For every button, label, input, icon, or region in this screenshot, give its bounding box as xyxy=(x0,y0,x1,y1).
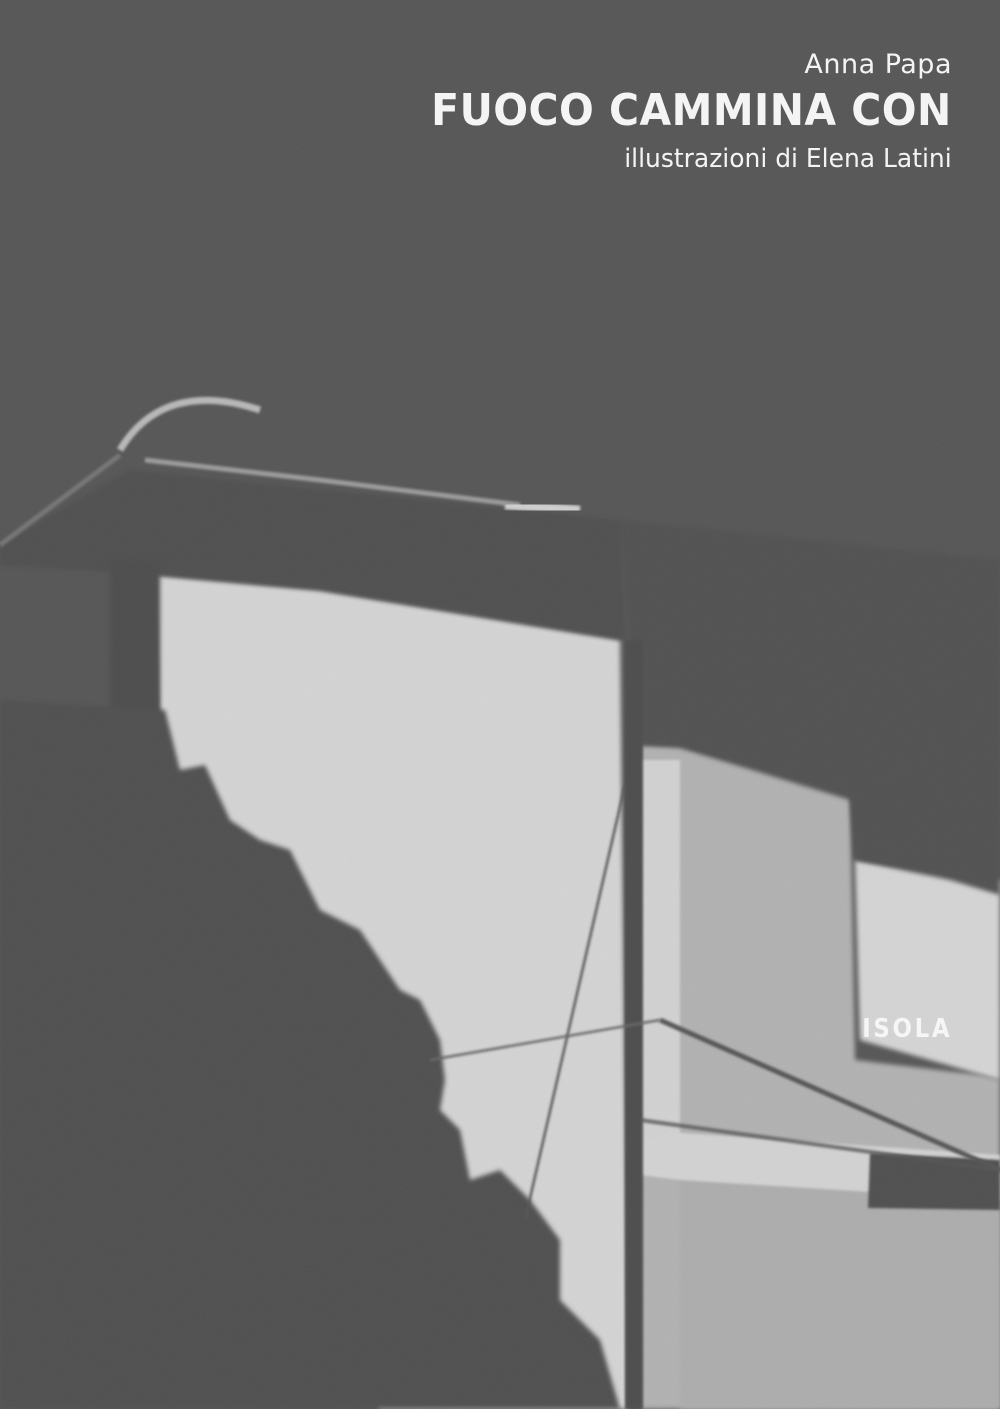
charcoal-illustration xyxy=(0,0,1000,1409)
author-name: Anna Papa xyxy=(392,48,952,82)
illustrator-credit: illustrazioni di Elena Latini xyxy=(415,142,952,176)
book-cover: Anna Papa FUOCO CAMMINA CON illustrazion… xyxy=(0,0,1000,1409)
cover-text: Anna Papa FUOCO CAMMINA CON illustrazion… xyxy=(392,48,952,176)
publisher-logo: ISOLA xyxy=(862,1014,952,1044)
book-title: FUOCO CAMMINA CON xyxy=(431,86,952,136)
